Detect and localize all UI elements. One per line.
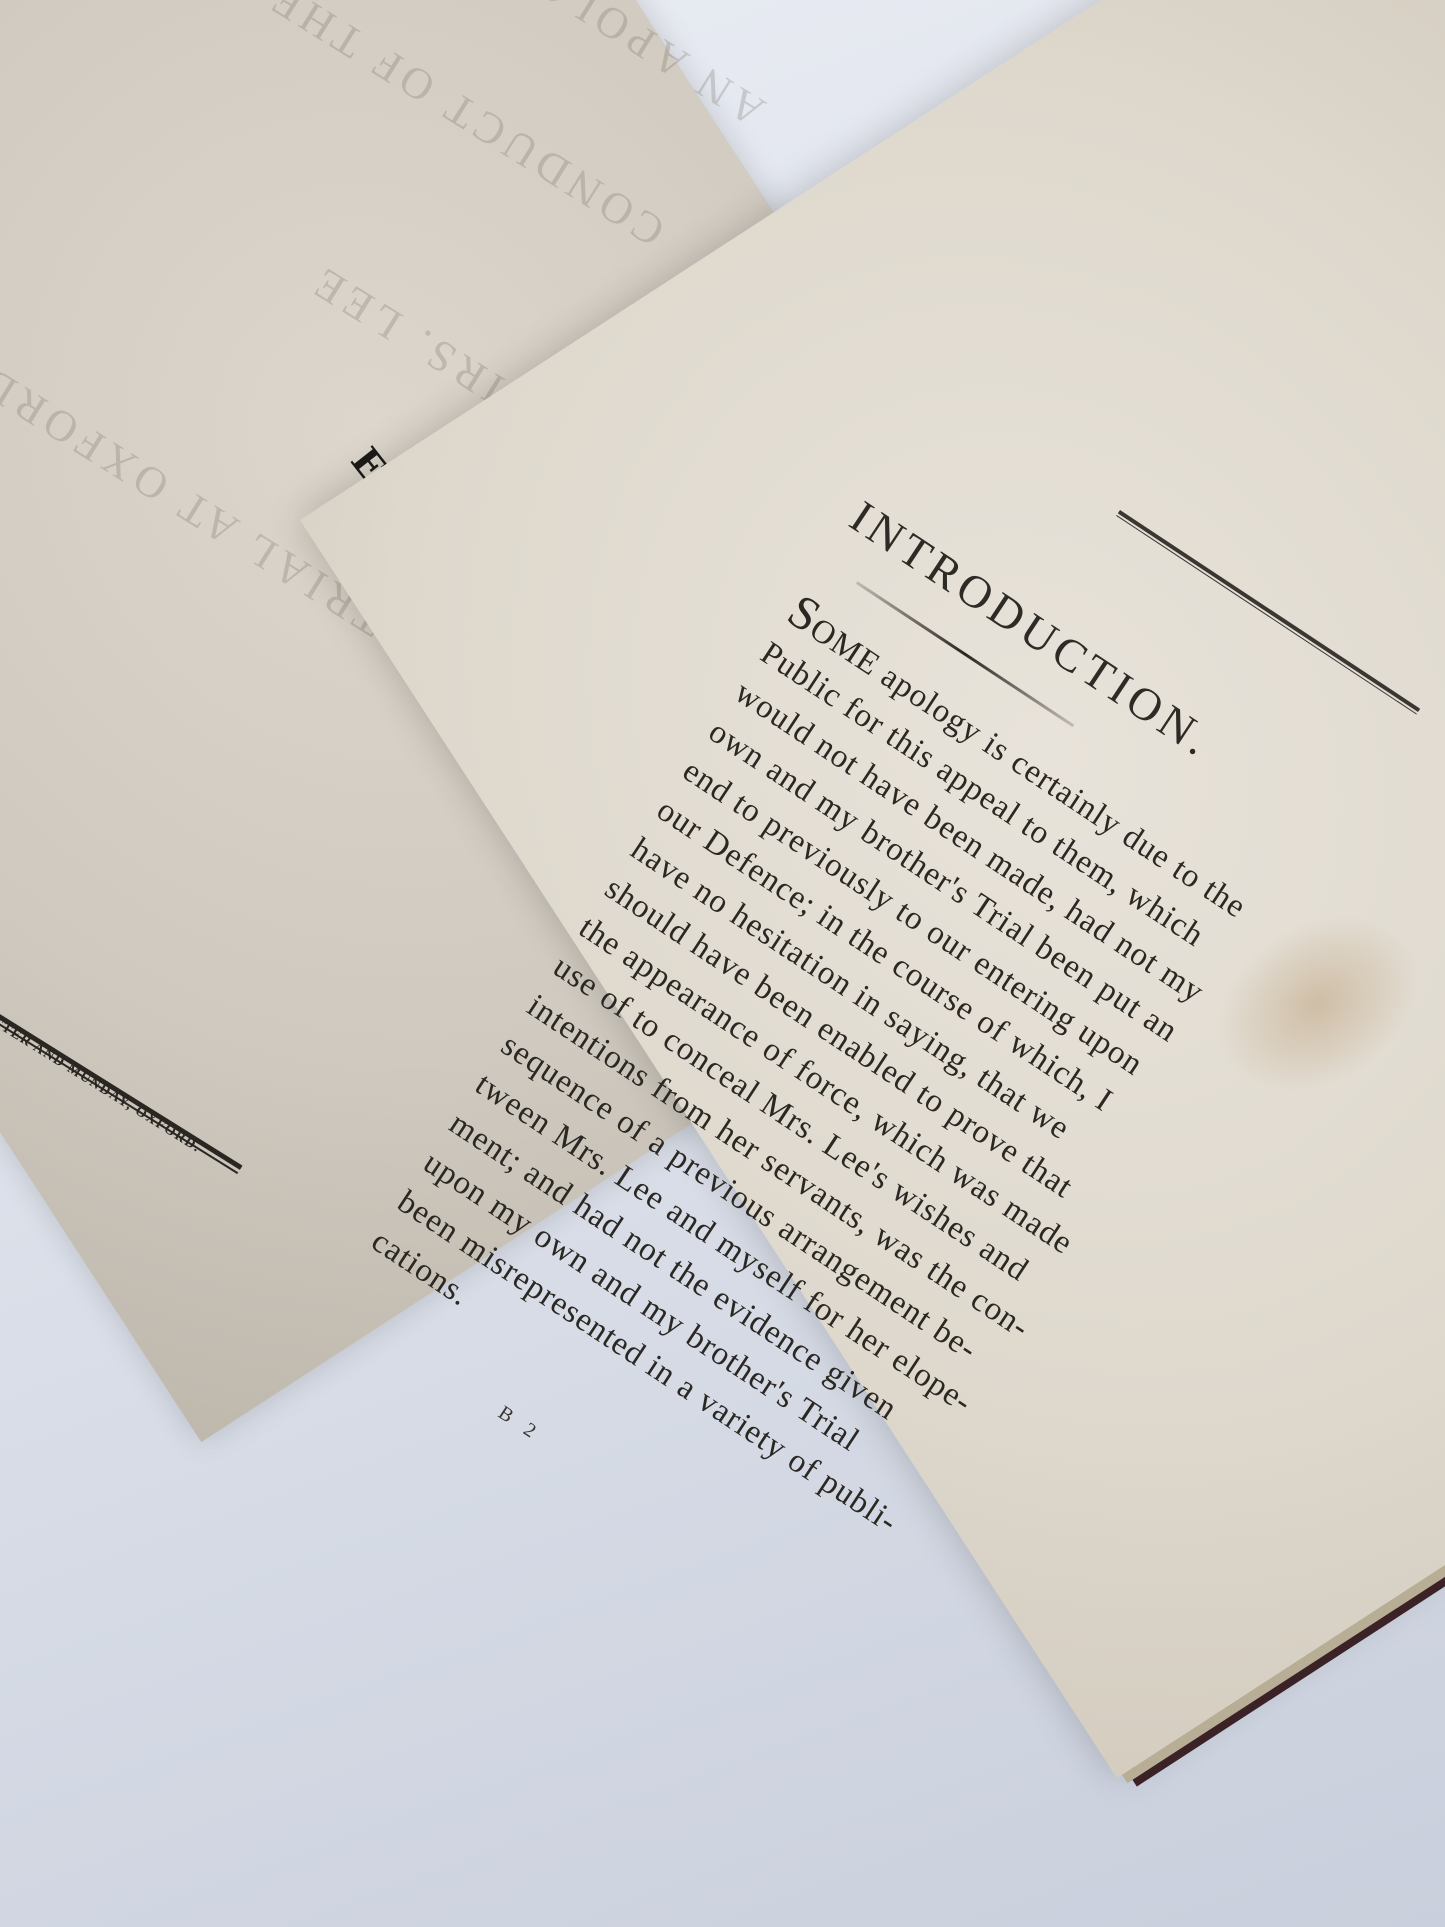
book-photo: AN APOLOGY CONDUCT OF THE GORDONS MRS. L… [0,0,1445,1927]
